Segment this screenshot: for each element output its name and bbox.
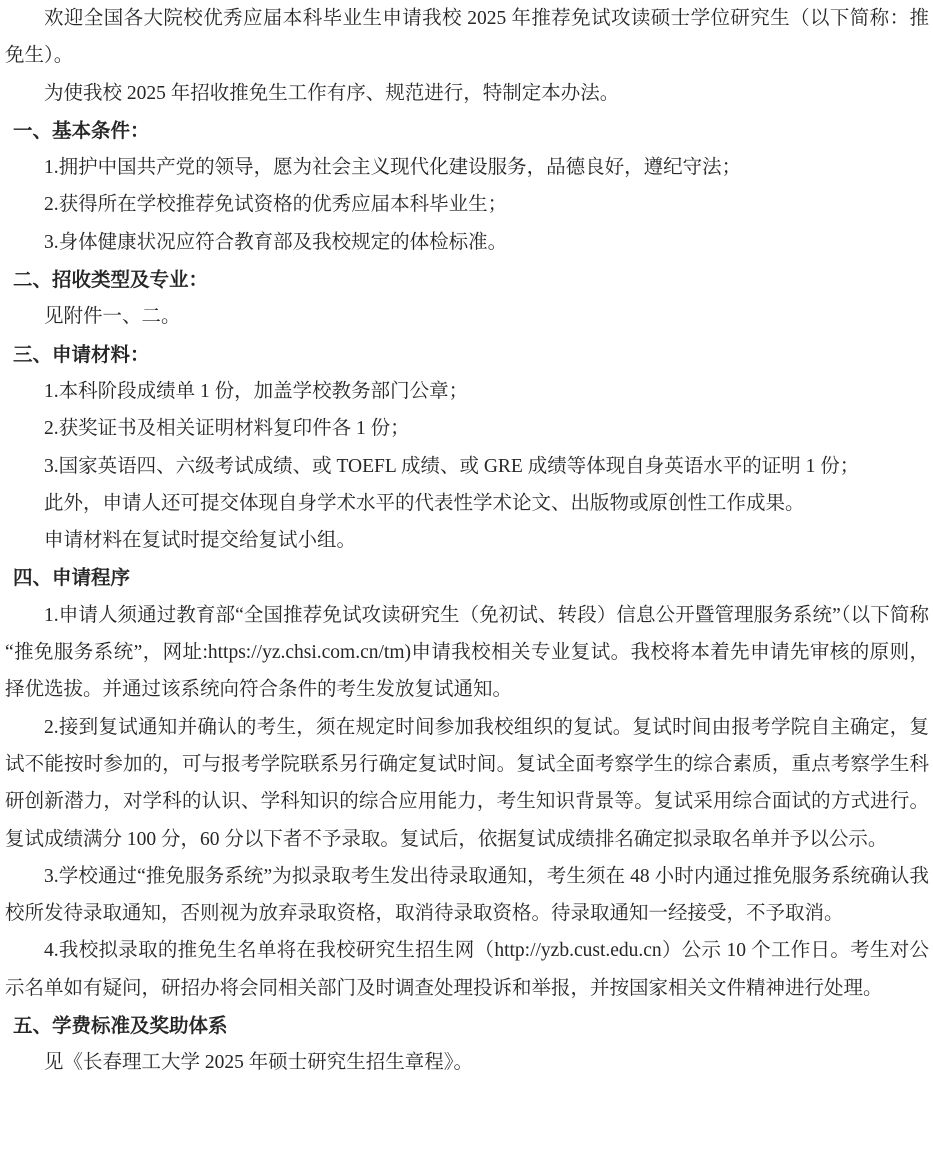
condition-item-3: 3.身体健康状况应符合教育部及我校规定的体检标准。 [5, 224, 929, 261]
procedure-step-4: 4.我校拟录取的推免生名单将在我校研究生招生网（http://yzb.cust.… [5, 932, 929, 1007]
condition-item-2: 2.获得所在学校推荐免试资格的优秀应届本科毕业生； [5, 186, 929, 223]
procedure-step-3: 3.学校通过“推免服务系统”为拟录取考生发出待录取通知，考生须在 48 小时内通… [5, 858, 929, 933]
material-item-1: 1.本科阶段成绩单 1 份，加盖学校教务部门公章； [5, 373, 929, 410]
admission-types-paragraph: 见附件一、二。 [5, 298, 929, 335]
heading-4-application-procedure: 四、申请程序 [5, 559, 929, 596]
heading-3-application-materials: 三、申请材料： [5, 336, 929, 373]
material-item-2: 2.获奖证书及相关证明材料复印件各 1 份； [5, 410, 929, 447]
tuition-reference-paragraph: 见《长春理工大学 2025 年硕士研究生招生章程》。 [5, 1044, 929, 1081]
intro-paragraph: 欢迎全国各大院校优秀应届本科毕业生申请我校 2025 年推荐免试攻读硕士学位研究… [5, 0, 929, 75]
material-item-3: 3.国家英语四、六级考试成绩、或 TOEFL 成绩、或 GRE 成绩等体现自身英… [5, 448, 929, 485]
purpose-paragraph: 为使我校 2025 年招收推免生工作有序、规范进行，特制定本办法。 [5, 75, 929, 112]
procedure-step-1: 1.申请人须通过教育部“全国推荐免试攻读研究生（免初试、转段）信息公开暨管理服务… [5, 597, 929, 709]
heading-2-admission-types: 二、招收类型及专业： [5, 261, 929, 298]
document-page: 欢迎全国各大院校优秀应届本科毕业生申请我校 2025 年推荐免试攻读硕士学位研究… [0, 0, 933, 1157]
procedure-step-2: 2.接到复试通知并确认的考生，须在规定时间参加我校组织的复试。复试时间由报考学院… [5, 709, 929, 858]
condition-item-1: 1.拥护中国共产党的领导，愿为社会主义现代化建设服务，品德良好，遵纪守法； [5, 149, 929, 186]
heading-5-tuition-scholarship: 五、学费标准及奖助体系 [5, 1007, 929, 1044]
materials-additional-paragraph: 此外，申请人还可提交体现自身学术水平的代表性学术论文、出版物或原创性工作成果。 [5, 485, 929, 522]
heading-1-basic-conditions: 一、基本条件： [5, 112, 929, 149]
materials-submission-paragraph: 申请材料在复试时提交给复试小组。 [5, 522, 929, 559]
